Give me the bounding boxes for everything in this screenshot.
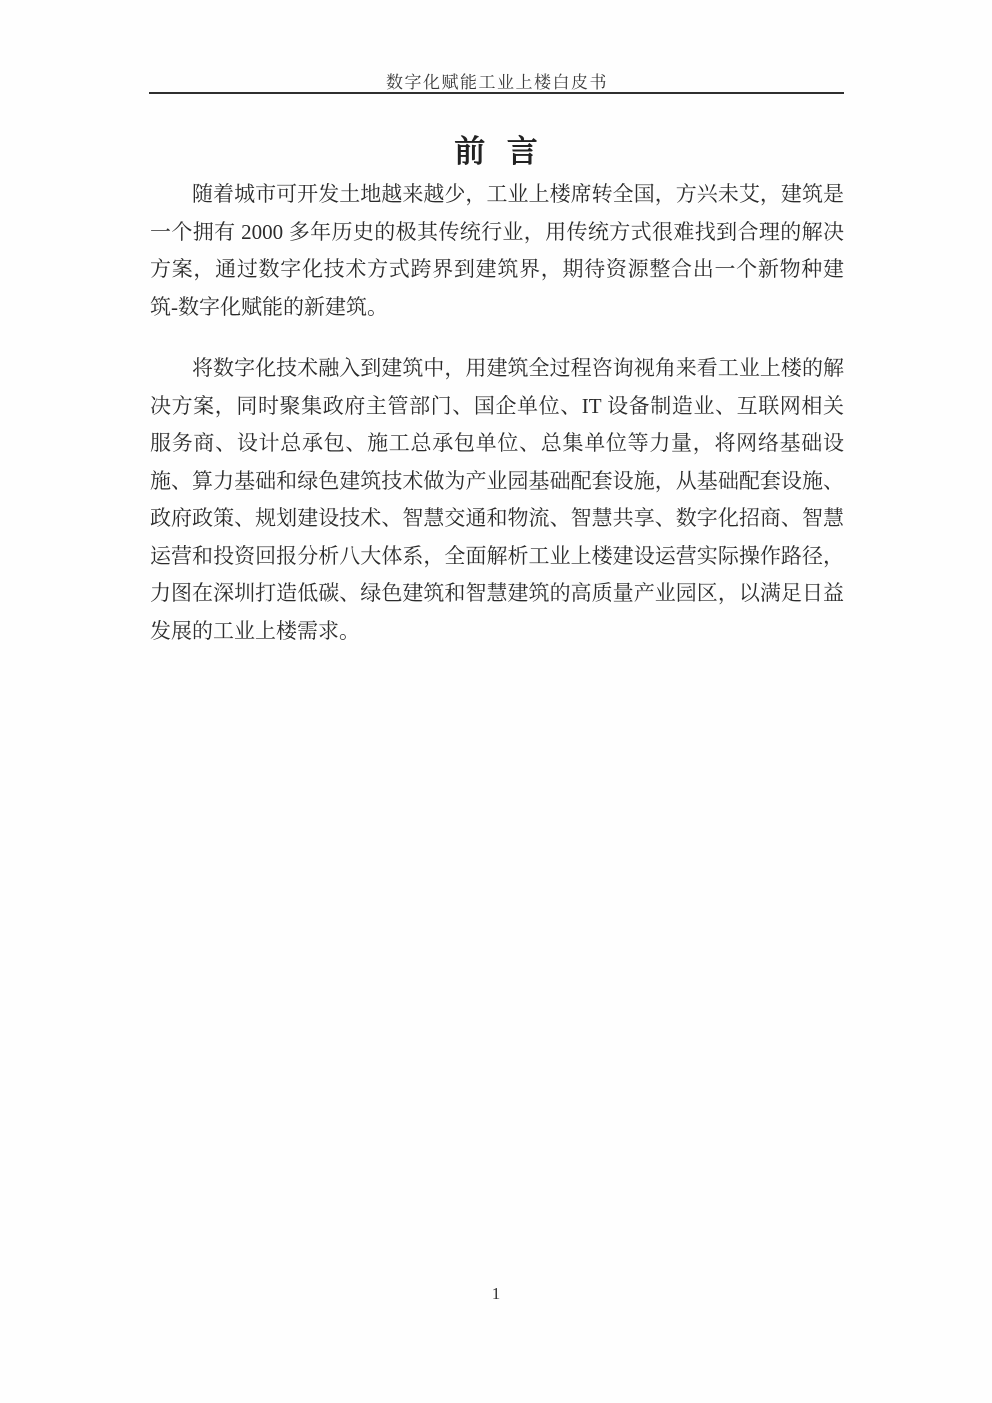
running-header-title: 数字化赋能工业上楼白皮书 bbox=[386, 73, 608, 92]
paragraph-approach: 将数字化技术融入到建筑中，用建筑全过程咨询视角来看工业上楼的解决方案，同时聚集政… bbox=[150, 350, 844, 650]
header-rule bbox=[149, 92, 844, 94]
document-body: 随着城市可开发土地越来越少，工业上楼席转全国，方兴未艾，建筑是一个拥有 2000… bbox=[150, 176, 844, 674]
page-footer: 1 bbox=[0, 1284, 992, 1304]
page-title: 前 言 bbox=[150, 126, 844, 171]
running-header: 数字化赋能工业上楼白皮书 bbox=[150, 68, 844, 93]
paragraph-intro: 随着城市可开发土地越来越少，工业上楼席转全国，方兴未艾，建筑是一个拥有 2000… bbox=[150, 176, 844, 326]
page-number: 1 bbox=[492, 1284, 501, 1303]
document-page: 数字化赋能工业上楼白皮书 前 言 随着城市可开发土地越来越少，工业上楼席转全国，… bbox=[0, 0, 992, 1403]
